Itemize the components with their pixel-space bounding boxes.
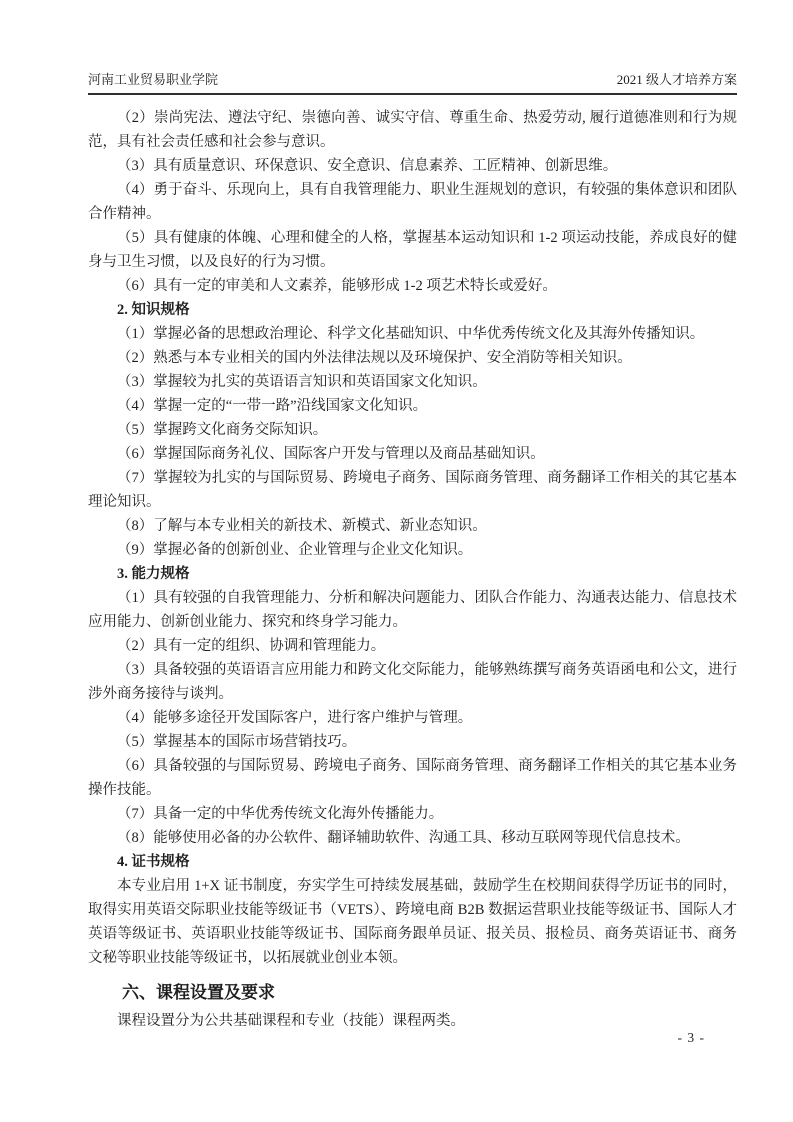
paragraph: 课程设置分为公共基础课程和专业（技能）课程两类。 xyxy=(88,1009,737,1033)
paragraph: （3）具备较强的英语语言应用能力和跨文化交际能力，能够熟练撰写商务英语函电和公文… xyxy=(88,658,737,706)
paragraph: 本专业启用 1+X 证书制度，夯实学生可持续发展基础，鼓励学生在校期间获得学历证… xyxy=(88,874,737,970)
paragraph: （4）掌握一定的“一带一路”沿线国家文化知识。 xyxy=(88,394,737,418)
paragraph: （2）具有一定的组织、协调和管理能力。 xyxy=(88,634,737,658)
paragraph: （6）掌握国际商务礼仪、国际客户开发与管理以及商品基础知识。 xyxy=(88,442,737,466)
paragraph: （3）具有质量意识、环保意识、安全意识、信息素养、工匠精神、创新思维。 xyxy=(88,154,737,178)
paragraph: （6）具备较强的与国际贸易、跨境电子商务、国际商务管理、商务翻译工作相关的其它基… xyxy=(88,754,737,802)
paragraph: （4）能够多途径开发国际客户，进行客户维护与管理。 xyxy=(88,706,737,730)
subsection-heading-ability: 3. 能力规格 xyxy=(88,562,737,586)
header-doc-title: 2021 级人才培养方案 xyxy=(617,72,737,88)
paragraph: （7）掌握较为扎实的与国际贸易、跨境电子商务、国际商务管理、商务翻译工作相关的其… xyxy=(88,466,737,514)
paragraph: （5）掌握跨文化商务交际知识。 xyxy=(88,418,737,442)
subsection-heading-knowledge: 2. 知识规格 xyxy=(88,298,737,322)
subsection-heading-certificate: 4. 证书规格 xyxy=(88,850,737,874)
page-footer: - 3 - xyxy=(678,1030,706,1046)
paragraph: （1）掌握必备的思想政治理论、科学文化基础知识、中华优秀传统文化及其海外传播知识… xyxy=(88,322,737,346)
paragraph: （8）了解与本专业相关的新技术、新模式、新业态知识。 xyxy=(88,514,737,538)
page-header: 河南工业贸易职业学院 2021 级人才培养方案 xyxy=(88,72,737,95)
header-school-name: 河南工业贸易职业学院 xyxy=(88,72,218,88)
paragraph: （2）熟悉与本专业相关的国内外法律法规以及环境保护、安全消防等相关知识。 xyxy=(88,346,737,370)
page-number: - 3 - xyxy=(678,1030,706,1045)
paragraph: （4）勇于奋斗、乐现向上，具有自我管理能力、职业生涯规划的意识，有较强的集体意识… xyxy=(88,178,737,226)
document-body: （2）崇尚宪法、遵法守纪、崇德向善、诚实守信、尊重生命、热爱劳动, 履行道德准则… xyxy=(88,106,737,1033)
paragraph: （2）崇尚宪法、遵法守纪、崇德向善、诚实守信、尊重生命、热爱劳动, 履行道德准则… xyxy=(88,106,737,154)
paragraph: （9）掌握必备的创新创业、企业管理与企业文化知识。 xyxy=(88,538,737,562)
section-heading-curriculum: 六、课程设置及要求 xyxy=(88,979,737,1006)
paragraph: （7）具备一定的中华优秀传统文化海外传播能力。 xyxy=(88,802,737,826)
paragraph: （3）掌握较为扎实的英语语言知识和英语国家文化知识。 xyxy=(88,370,737,394)
paragraph: （8）能够使用必备的办公软件、翻译辅助软件、沟通工具、移动互联网等现代信息技术。 xyxy=(88,826,737,850)
paragraph: （5）掌握基本的国际市场营销技巧。 xyxy=(88,730,737,754)
paragraph: （6）具有一定的审美和人文素养，能够形成 1-2 项艺术特长或爱好。 xyxy=(88,274,737,298)
paragraph: （1）具有较强的自我管理能力、分析和解决问题能力、团队合作能力、沟通表达能力、信… xyxy=(88,586,737,634)
document-page: 河南工业贸易职业学院 2021 级人才培养方案 （2）崇尚宪法、遵法守纪、崇德向… xyxy=(0,0,793,1122)
paragraph: （5）具有健康的体魄、心理和健全的人格，掌握基本运动知识和 1-2 项运动技能，… xyxy=(88,226,737,274)
